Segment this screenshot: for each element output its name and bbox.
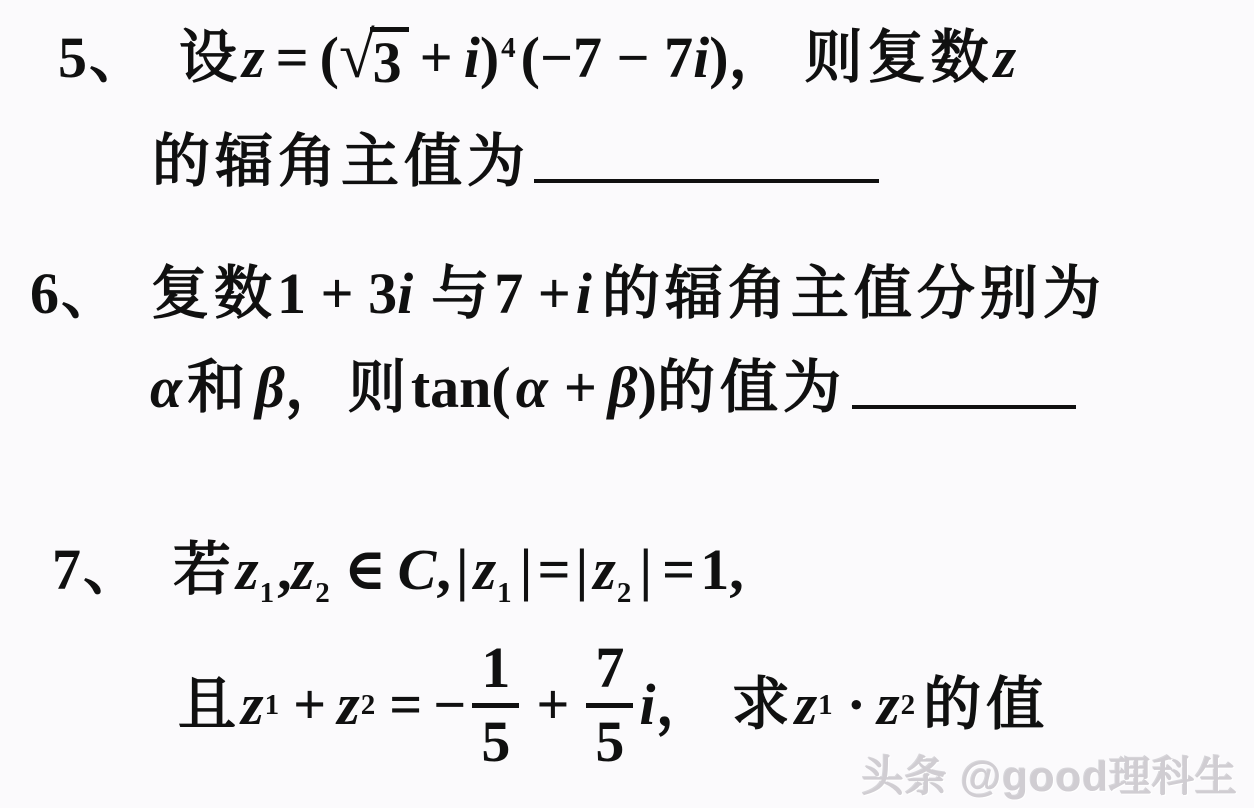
radicand: 3 [370, 27, 409, 94]
p5-var-z2: z [994, 25, 1017, 90]
problem-5-number: 5、 [58, 22, 149, 95]
problem-5-line-1: 5、设z=(√3+i)4(−7 − 7i)，则复数z [58, 22, 1016, 95]
p7-sub-2d: 2 [901, 687, 916, 723]
p7-equals-2: = [662, 537, 695, 602]
p7-one-comma: 1, [700, 537, 744, 602]
p5-equals: = [276, 25, 309, 90]
p6-right-paren: ) [638, 355, 657, 420]
problem-7-line-1: 7、若z1,z2∈C,|z1|=|z2|=1, [52, 534, 744, 611]
p7-var-z1c: z [241, 669, 264, 742]
p7-plus: + [293, 669, 326, 742]
p5-var-z: z [242, 25, 265, 90]
p7-equals-1: = [537, 537, 570, 602]
p5-answer-blank [534, 179, 879, 183]
p7-dot-product: · [847, 669, 866, 742]
p5-left-paren: ( [320, 25, 339, 90]
p5-plus: + [420, 25, 453, 90]
p6-var-beta2: β [608, 355, 638, 420]
p7-plus-2: + [536, 669, 569, 742]
p7-comma2: , [436, 537, 451, 602]
p5-factor2-open: (−7 − 7 [521, 25, 693, 90]
p6-text-value-is: 的值为 [657, 355, 846, 420]
p7-var-i: i [639, 669, 655, 742]
p7-bar-3: | [576, 537, 589, 602]
p7-sub-1b: 1 [497, 577, 512, 609]
p6-answer-blank [852, 405, 1076, 409]
problem-6-line-1: 6、复数1 + 3i与7 +i的辐角主值分别为 [30, 258, 1111, 331]
p7-set-C: C [398, 537, 437, 602]
p6-number-1-plus-3: 1 + 3 [277, 261, 397, 326]
p7-text-find: 求 [732, 669, 795, 742]
p7-var-z2d: z [877, 669, 900, 742]
p7-var-z2: z [292, 537, 315, 602]
fraction-denominator-5: 5 [481, 708, 510, 774]
fraction-1-over-5: 15 [472, 637, 519, 773]
p6-var-beta: β [255, 355, 285, 420]
p6-number-7-plus: 7 + [494, 261, 571, 326]
p6-text-he: 和 [187, 355, 250, 420]
p5-var-i: i [464, 25, 480, 90]
p7-bar-1: | [456, 537, 469, 602]
p6-var-i2: i [576, 261, 592, 326]
p7-var-z1b: z [474, 537, 497, 602]
p7-comma: , [277, 537, 292, 602]
p7-var-z2c: z [337, 669, 360, 742]
sqrt-expression: √3 [339, 27, 409, 94]
p7-equals: = [389, 669, 422, 742]
p6-var-i: i [397, 261, 413, 326]
p7-text-and: 且 [178, 669, 241, 742]
p7-bar-2: | [520, 537, 533, 602]
p5-var-i2: i [693, 25, 709, 90]
p7-sub-2c: 2 [361, 687, 376, 723]
p5-exponent: 4 [501, 32, 516, 64]
p7-bar-4: | [639, 537, 652, 602]
fraction-numerator-1: 1 [472, 637, 519, 708]
p7-var-z2b: z [593, 537, 616, 602]
p5-text-set: 设 [179, 25, 242, 90]
fraction-7-over-5: 75 [586, 637, 633, 773]
p7-minus: − [433, 669, 466, 742]
p7-sub-1: 1 [260, 577, 275, 609]
p7-text-value: 的值 [923, 669, 1049, 742]
p6-var-alpha: α [150, 355, 182, 420]
p5-text-then: 则复数 [805, 25, 994, 90]
p6-plus: + [564, 355, 597, 420]
p6-tan-open: tan( [411, 355, 511, 420]
worksheet-page: 5、设z=(√3+i)4(−7 − 7i)，则复数z 的辐角主值为 6、复数1 … [0, 0, 1254, 808]
problem-5-line-2: 的辐角主值为 [152, 126, 879, 199]
p7-text-if: 若 [173, 537, 236, 602]
p6-text-and: 与 [431, 261, 494, 326]
problem-6-line-2: α和β，则tan(α+β)的值为 [150, 352, 1076, 425]
fraction-numerator-7: 7 [586, 637, 633, 708]
problem-6-number: 6、 [30, 258, 121, 331]
p5-factor2-close: )， [709, 25, 786, 90]
p7-element-of: ∈ [344, 537, 387, 602]
p7-sub-1d: 1 [818, 687, 833, 723]
fraction-denominator-5b: 5 [595, 708, 624, 774]
p6-text-complex: 复数 [151, 261, 277, 326]
p7-var-z1: z [236, 537, 259, 602]
watermark-toutiao: 头条 @good理科生 [862, 744, 1238, 804]
p5-right-paren: ) [480, 25, 499, 90]
p7-sub-2: 2 [315, 577, 330, 609]
problem-7-number: 7、 [52, 534, 143, 607]
p7-sub-2b: 2 [617, 577, 632, 609]
p7-sub-1c: 1 [265, 687, 280, 723]
p6-text-then: ，则 [285, 355, 411, 420]
p6-text-arguments-are: 的辐角主值分别为 [602, 261, 1106, 326]
p5-text-principal-argument: 的辐角主值为 [152, 129, 530, 194]
p7-var-z1d: z [795, 669, 818, 742]
p6-var-alpha2: α [516, 355, 548, 420]
p7-comma3: ， [656, 669, 714, 742]
